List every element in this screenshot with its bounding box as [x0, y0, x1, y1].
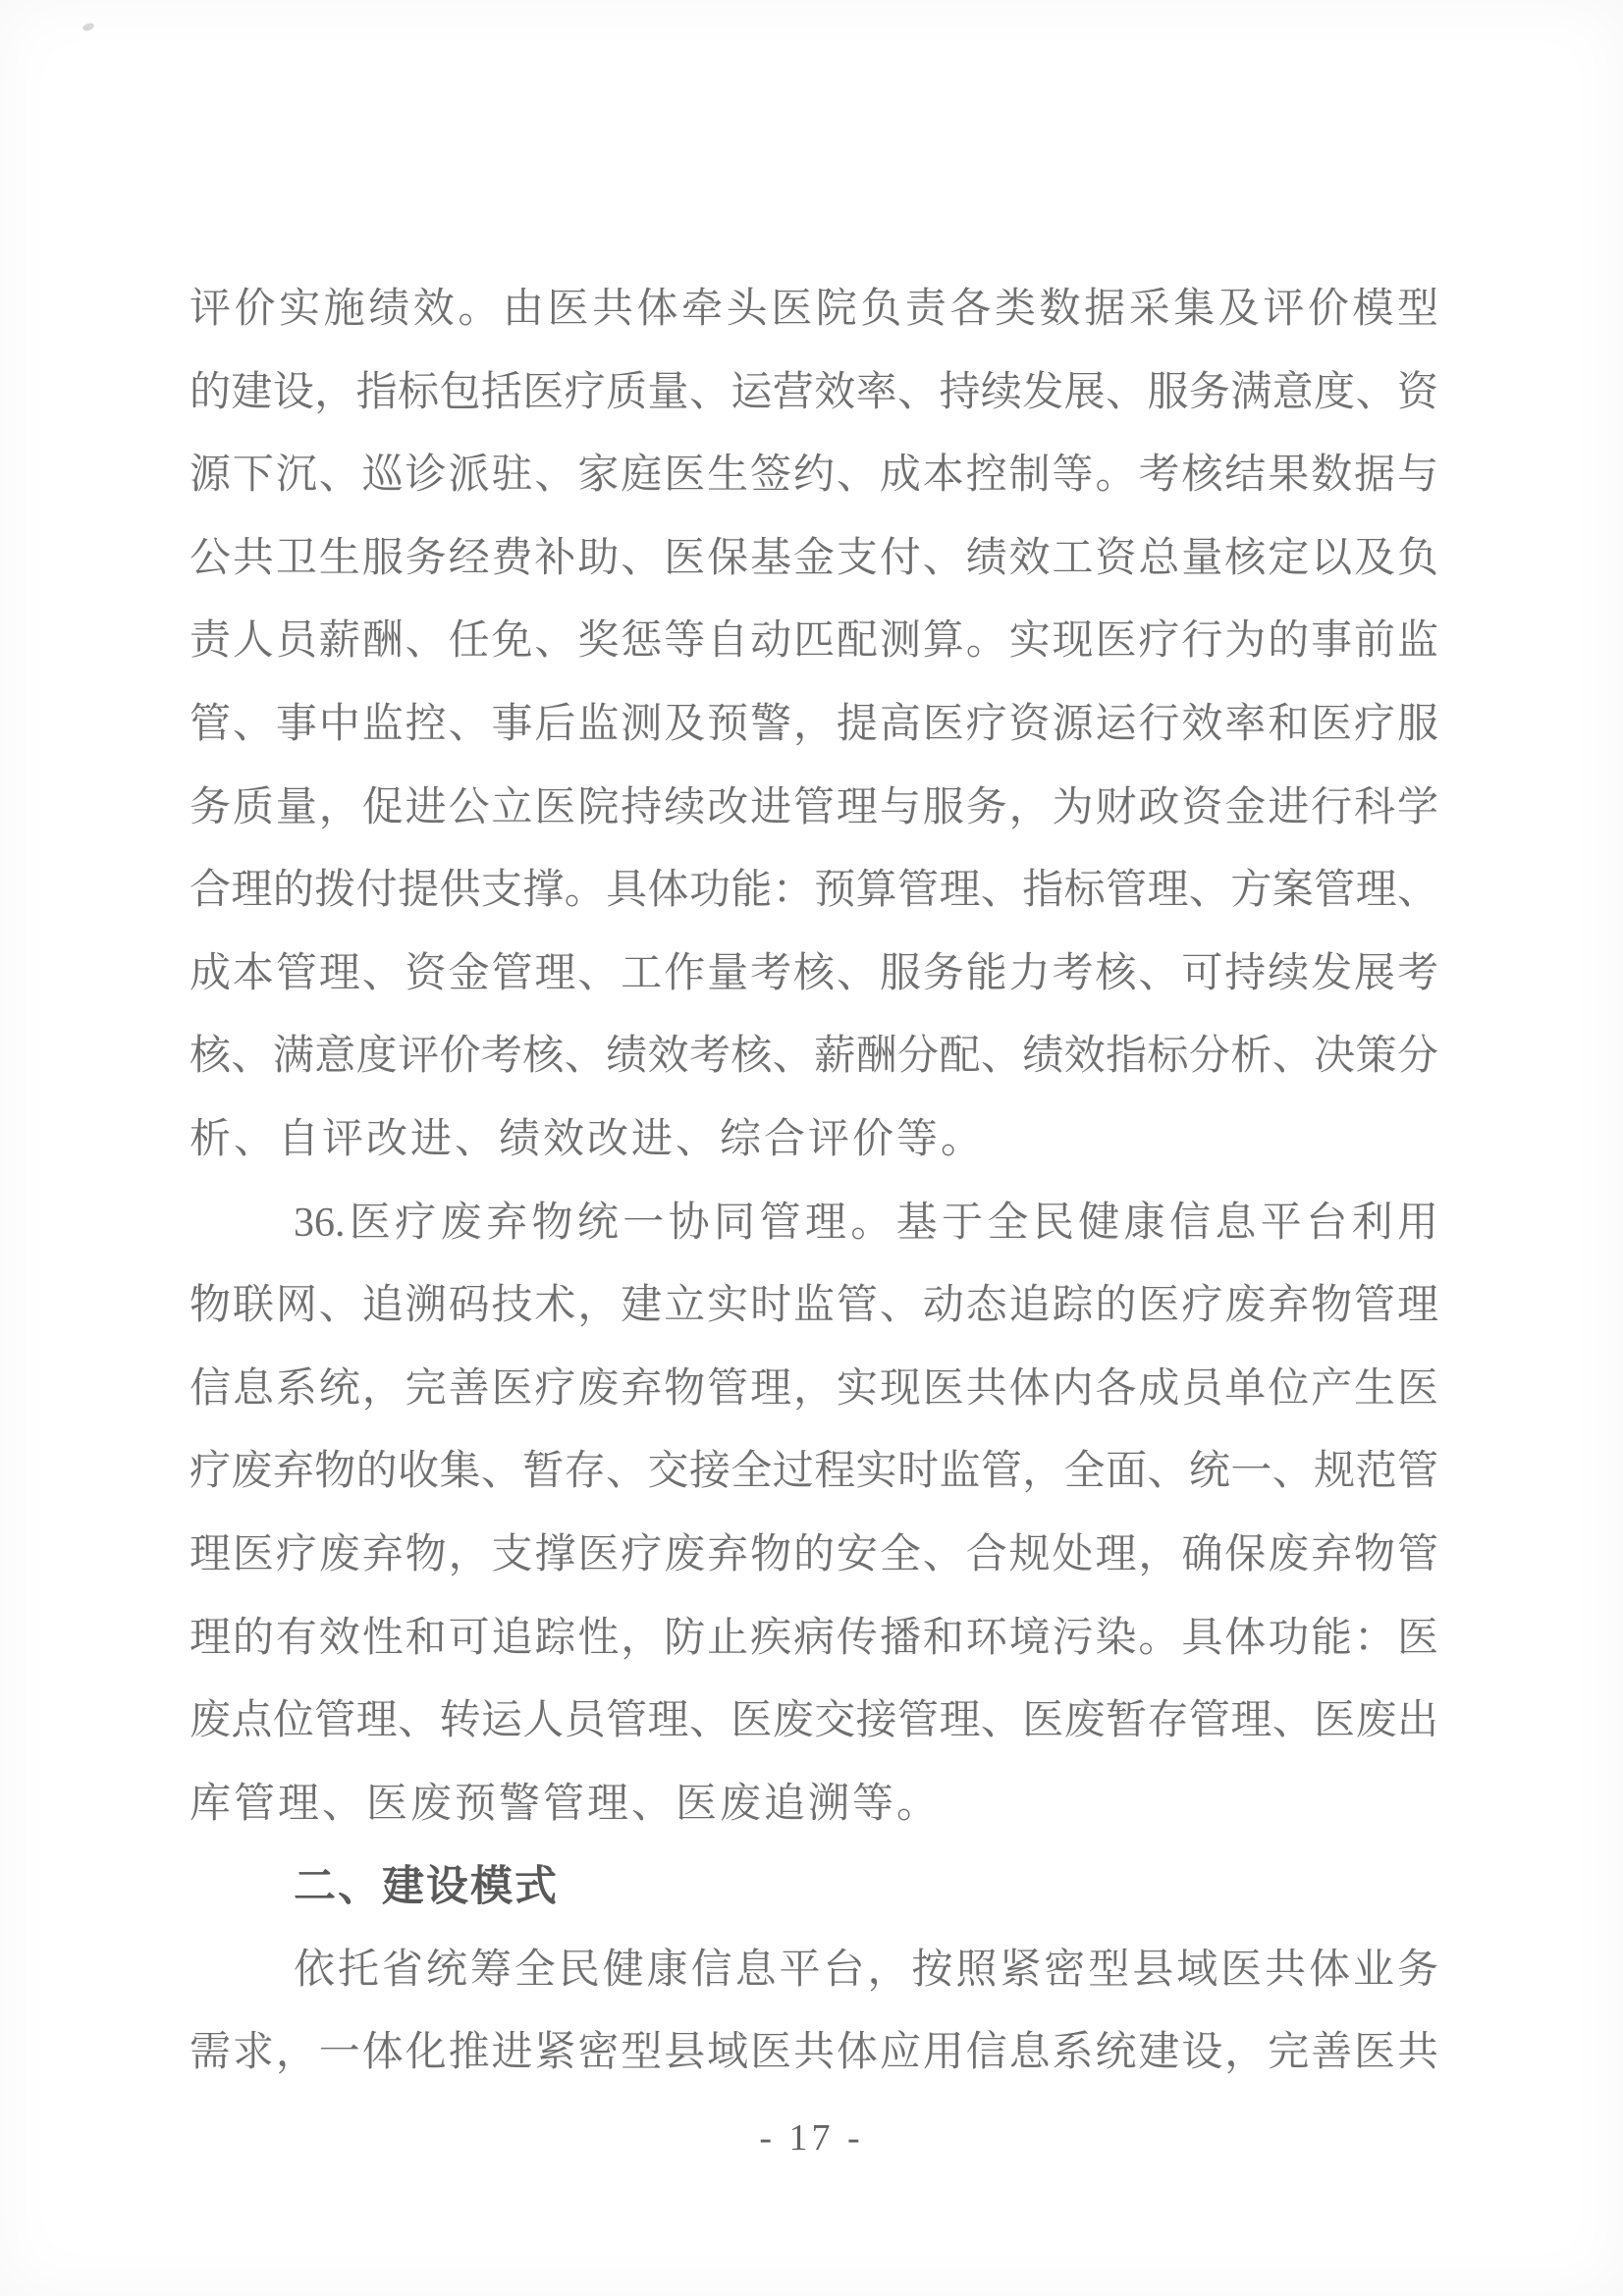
- text-line: 废点位管理、转运人员管理、医废交接管理、医废暂存管理、医废出: [189, 1680, 1438, 1763]
- text-line: 合理的拨付提供支撑。具体功能：预算管理、指标管理、方案管理、: [189, 849, 1438, 933]
- text-block: 评价实施绩效。由医共体牵头医院负责各类数据采集及评价模型 的建设，指标包括医疗质…: [189, 268, 1438, 2095]
- text-line: 的建设，指标包括医疗质量、运营效率、持续发展、服务满意度、资: [189, 351, 1438, 435]
- section-heading: 二、建设模式: [189, 1845, 1438, 1929]
- text-line: 核、满意度评价考核、绩效考核、薪酬分配、绩效指标分析、决策分: [189, 1015, 1438, 1098]
- text-line: 信息系统，完善医疗废弃物管理，实现医共体内各成员单位产生医: [189, 1348, 1438, 1431]
- text-line: 理的有效性和可追踪性，防止疾病传播和环境污染。具体功能：医: [189, 1597, 1438, 1681]
- text-line: 源下沉、巡诊派驻、家庭医生签约、成本控制等。考核结果数据与: [189, 434, 1438, 517]
- text-line: 物联网、追溯码技术，建立实时监管、动态追踪的医疗废弃物管理: [189, 1264, 1438, 1348]
- text-line-paragraph-36-start: 36.医疗废弃物统一协同管理。基于全民健康信息平台利用: [189, 1182, 1438, 1265]
- text-line: 疗废弃物的收集、暂存、交接全过程实时监管，全面、统一、规范管: [189, 1430, 1438, 1514]
- text-line: 成本管理、资金管理、工作量考核、服务能力考核、可持续发展考: [189, 933, 1438, 1016]
- text-line: 评价实施绩效。由医共体牵头医院负责各类数据采集及评价模型: [189, 268, 1438, 351]
- text-line: 公共卫生服务经费补助、医保基金支付、绩效工资总量核定以及负: [189, 517, 1438, 601]
- text-line-paragraph-start: 依托省统筹全民健康信息平台，按照紧密型县域医共体业务: [189, 1929, 1438, 2012]
- text-line: 析、自评改进、绩效改进、综合评价等。: [189, 1098, 1438, 1182]
- text-line: 务质量，促进公立医院持续改进管理与服务，为财政资金进行科学: [189, 767, 1438, 850]
- page-number: - 17 -: [0, 2116, 1623, 2160]
- text-line: 责人员薪酬、任免、奖惩等自动匹配测算。实现医疗行为的事前监: [189, 600, 1438, 683]
- text-line: 理医疗废弃物，支撑医疗废弃物的安全、合规处理，确保废弃物管: [189, 1514, 1438, 1597]
- text-line: 需求，一体化推进紧密型县域医共体应用信息系统建设，完善医共: [189, 2011, 1438, 2095]
- scan-artifact-mark: [81, 22, 95, 32]
- text-line: 管、事中监控、事后监测及预警，提高医疗资源运行效率和医疗服: [189, 683, 1438, 767]
- text-line: 库管理、医废预警管理、医废追溯等。: [189, 1763, 1438, 1846]
- document-page: 评价实施绩效。由医共体牵头医院负责各类数据采集及评价模型 的建设，指标包括医疗质…: [0, 0, 1623, 2296]
